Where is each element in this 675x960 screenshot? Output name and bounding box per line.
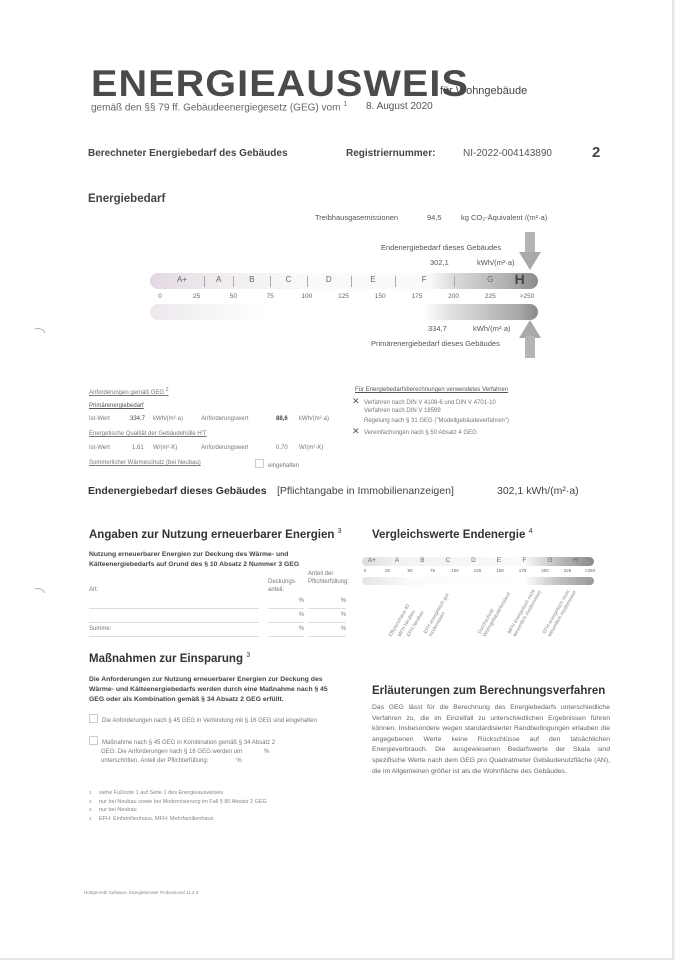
- energy-class-label: C: [286, 275, 292, 284]
- method-item[interactable]: ✕Vereinfachungen nach § 50 Absatz 4 GEG: [352, 426, 509, 436]
- table-line: [308, 622, 346, 623]
- document-subtitle: für Wohngebäude: [440, 85, 527, 97]
- table-line: [89, 636, 259, 637]
- table-line: [308, 636, 346, 637]
- renewables-cell-deckung: %: [268, 626, 304, 632]
- envelope-req-unit: W/(m²·K): [299, 445, 323, 451]
- energy-class-label: A: [216, 275, 221, 284]
- end-energy-unit: kWh/(m²·a): [477, 258, 515, 267]
- class-separator: [204, 276, 205, 287]
- scale-tick: 50: [230, 293, 237, 300]
- comparison-tick: 225: [564, 568, 572, 573]
- table-line: [268, 622, 304, 623]
- primary-req-label: Anforderungswert: [201, 416, 248, 422]
- scale-tick: 75: [266, 293, 273, 300]
- energy-class-label: D: [326, 275, 332, 284]
- class-separator: [351, 276, 352, 287]
- envelope-req-value: 0,70: [276, 445, 288, 451]
- primary-ist-value: 334,7: [130, 416, 145, 422]
- registry-label: Registriernummer:: [346, 148, 435, 159]
- measures-heading: Maßnahmen zur Einsparung 3: [89, 652, 250, 665]
- scale-tick: >250: [520, 293, 535, 300]
- software-credit: Hottgenroth Software, Energieberater Pro…: [84, 890, 198, 895]
- punch-hole: [28, 586, 49, 607]
- energy-scale-bar: [150, 273, 538, 289]
- col-deckung: Deckungs-anteil:: [268, 578, 304, 594]
- primary-req-unit: kWh/(m²·a): [299, 416, 329, 422]
- class-separator: [395, 276, 396, 287]
- comparison-tick: 125: [474, 568, 482, 573]
- method-item[interactable]: Verfahren nach DIN V 18599: [352, 406, 509, 416]
- comparison-tick: >250: [585, 568, 595, 573]
- primary-energy-bar: [150, 304, 538, 320]
- methods-heading: Für Energiebedarfsberechnungen verwendet…: [355, 387, 508, 393]
- comparison-class-label: F: [522, 557, 526, 564]
- comparison-class-label: E: [497, 557, 501, 564]
- method-item[interactable]: Regelung nach § 31 GEG ("Modellgebäudeve…: [352, 416, 509, 426]
- section-label: Berechneter Energiebedarf des Gebäudes: [88, 148, 288, 159]
- comparison-class-label: G: [547, 557, 552, 564]
- certificate-page: ENERGIEAUSWEIS für Wohngebäude gemäß den…: [0, 0, 674, 960]
- comparison-tick: 50: [407, 568, 412, 573]
- end-energy-summary-value: 302,1 kWh/(m²·a): [497, 485, 579, 497]
- energy-class-label: H: [515, 271, 525, 287]
- energy-class-label: G: [487, 275, 493, 284]
- footnote: 1siehe Fußnote 1 auf Seite 1 des Energie…: [89, 789, 267, 798]
- primary-energy-arrow-icon: [519, 320, 541, 358]
- class-separator: [307, 276, 308, 287]
- energy-class-label: F: [422, 275, 427, 284]
- primary-ist-label: Ist-Wert: [89, 416, 110, 422]
- energy-class-label: B: [249, 275, 254, 284]
- comparison-class-label: A+: [368, 557, 376, 564]
- renewables-cell-anteil: %: [308, 612, 346, 618]
- document-title: ENERGIEAUSWEIS: [91, 63, 469, 105]
- renewables-cell-deckung: %: [268, 598, 304, 604]
- envelope-heading: Energetische Qualität der Gebäudehülle H…: [89, 431, 207, 437]
- comparison-tick: 0: [364, 568, 367, 573]
- scale-tick: 175: [411, 293, 422, 300]
- ghg-unit: kg CO₂-Äquivalent /(m²·a): [461, 213, 547, 222]
- explanation-text: Das GEG lässt für die Berechnung des Ene…: [372, 703, 610, 777]
- renewables-heading: Angaben zur Nutzung erneuerbarer Energie…: [89, 528, 341, 541]
- ghg-value: 94,5: [427, 213, 442, 222]
- method-item[interactable]: ✕Verfahren nach DIN V 4108-6 und DIN V 4…: [352, 396, 509, 406]
- comparison-lower-bar: [362, 577, 594, 585]
- ghg-label: Treibhausgasemissionen: [315, 213, 398, 222]
- legal-basis: gemäß den §§ 79 ff. Gebäudeenergiegesetz…: [91, 101, 347, 113]
- scale-tick: 125: [338, 293, 349, 300]
- envelope-ist-label: Ist-Wert: [89, 445, 110, 451]
- table-line: [268, 608, 304, 609]
- comparison-class-label: D: [471, 557, 476, 564]
- scale-tick: 150: [375, 293, 386, 300]
- measures-option-1[interactable]: Die Anforderungen nach § 45 GEG in Verbi…: [89, 714, 329, 726]
- end-energy-summary-label: Endenergiebedarf dieses Gebäudes: [88, 485, 267, 497]
- renewables-cell-anteil: %: [308, 598, 346, 604]
- table-line: [308, 608, 346, 609]
- class-separator: [233, 276, 234, 287]
- footnote: 2nur bei Neubau sowie bei Modernisierung…: [89, 798, 267, 807]
- law-date: 8. August 2020: [366, 101, 433, 112]
- envelope-ist-unit: W/(m²·K): [153, 445, 177, 451]
- renewables-cell-anteil: %: [308, 626, 346, 632]
- methods-list: ✕Verfahren nach DIN V 4108-6 und DIN V 4…: [352, 396, 509, 436]
- table-line: [268, 636, 304, 637]
- end-energy-value: 302,1: [430, 258, 449, 267]
- primary-energy-label: Primärenergiebedarf dieses Gebäudes: [371, 339, 500, 348]
- scale-tick: 100: [301, 293, 312, 300]
- renewables-cell-art: Summe:: [89, 626, 239, 632]
- scale-tick: 0: [158, 293, 162, 300]
- end-energy-label: Endenergiebedarf dieses Gebäudes: [381, 243, 501, 252]
- measures-intro: Die Anforderungen zur Nutzung erneuerbar…: [89, 675, 339, 705]
- scale-tick: 25: [193, 293, 200, 300]
- comparison-class-label: C: [446, 557, 451, 564]
- comparison-class-label: H: [573, 557, 578, 564]
- summer-protection-label: Sommerlicher Wärmeschutz (bei Neubau): [89, 460, 201, 466]
- primary-req-value: 88,6: [276, 416, 288, 422]
- primary-energy-unit: kWh/(m²·a): [473, 324, 511, 333]
- comparison-tick: 200: [541, 568, 549, 573]
- scale-tick: 200: [448, 293, 459, 300]
- cross-mark-icon[interactable]: ✕: [352, 396, 362, 406]
- summer-protection-checkbox[interactable]: eingehalten: [255, 459, 299, 469]
- envelope-ist-value: 1,61: [132, 445, 144, 451]
- comparison-heading: Vergleichswerte Endenergie 4: [372, 528, 533, 541]
- comparison-tick: 100: [451, 568, 459, 573]
- measures-option-2[interactable]: Maßnahme nach § 45 GEG in Kombination ge…: [89, 736, 275, 766]
- comparison-tick: 150: [496, 568, 504, 573]
- cross-mark-icon[interactable]: ✕: [352, 426, 362, 436]
- end-energy-summary-note: [Pflichtangabe in Immobilienanzeigen]: [277, 485, 454, 497]
- class-separator: [454, 276, 455, 287]
- requirements-heading: Anforderungen gemäß GEG 2: [89, 387, 169, 396]
- envelope-req-label: Anforderungswert: [201, 445, 248, 451]
- footnotes: 1siehe Fußnote 1 auf Seite 1 des Energie…: [89, 789, 267, 823]
- page-number: 2: [592, 144, 600, 161]
- primary-ist-unit: kWh/(m²·a): [153, 416, 183, 422]
- checkbox[interactable]: [89, 714, 98, 723]
- table-line: [89, 608, 259, 609]
- footnote: 4EFH: Einfamilienhaus, MFH: Mehrfamilien…: [89, 815, 267, 824]
- energy-class-label: A+: [177, 275, 187, 284]
- comparison-tick: 75: [430, 568, 435, 573]
- comparison-class-label: B: [420, 557, 424, 564]
- checkbox[interactable]: [255, 459, 264, 468]
- comparison-tick: 175: [519, 568, 527, 573]
- primary-req-heading: Primärenergiebedarf: [89, 403, 144, 409]
- scale-tick: 225: [485, 293, 496, 300]
- comparison-class-label: A: [395, 557, 399, 564]
- end-energy-arrow-icon: [519, 232, 541, 270]
- col-art: Art:: [89, 587, 98, 593]
- comparison-tick: 25: [385, 568, 390, 573]
- registry-number: NI-2022-004143890: [463, 148, 552, 159]
- footnote: 3nur bei Neubau: [89, 806, 267, 815]
- punch-hole: [28, 326, 49, 347]
- col-anteil: Anteil der Pflichterfüllung:: [308, 570, 348, 586]
- checkbox[interactable]: [89, 736, 98, 745]
- table-line: [89, 622, 259, 623]
- energy-class-label: E: [370, 275, 375, 284]
- comparison-reference-label: EFH energetisch nicht wesentlich moderni…: [542, 580, 582, 638]
- class-separator: [270, 276, 271, 287]
- explanation-heading: Erläuterungen zum Berechnungsverfahren: [372, 685, 605, 697]
- renewables-subheading: Nutzung erneuerbarer Energien zur Deckun…: [89, 550, 334, 570]
- energiebedarf-heading: Energiebedarf: [88, 193, 165, 205]
- primary-energy-value: 334,7: [428, 324, 447, 333]
- renewables-cell-deckung: %: [268, 612, 304, 618]
